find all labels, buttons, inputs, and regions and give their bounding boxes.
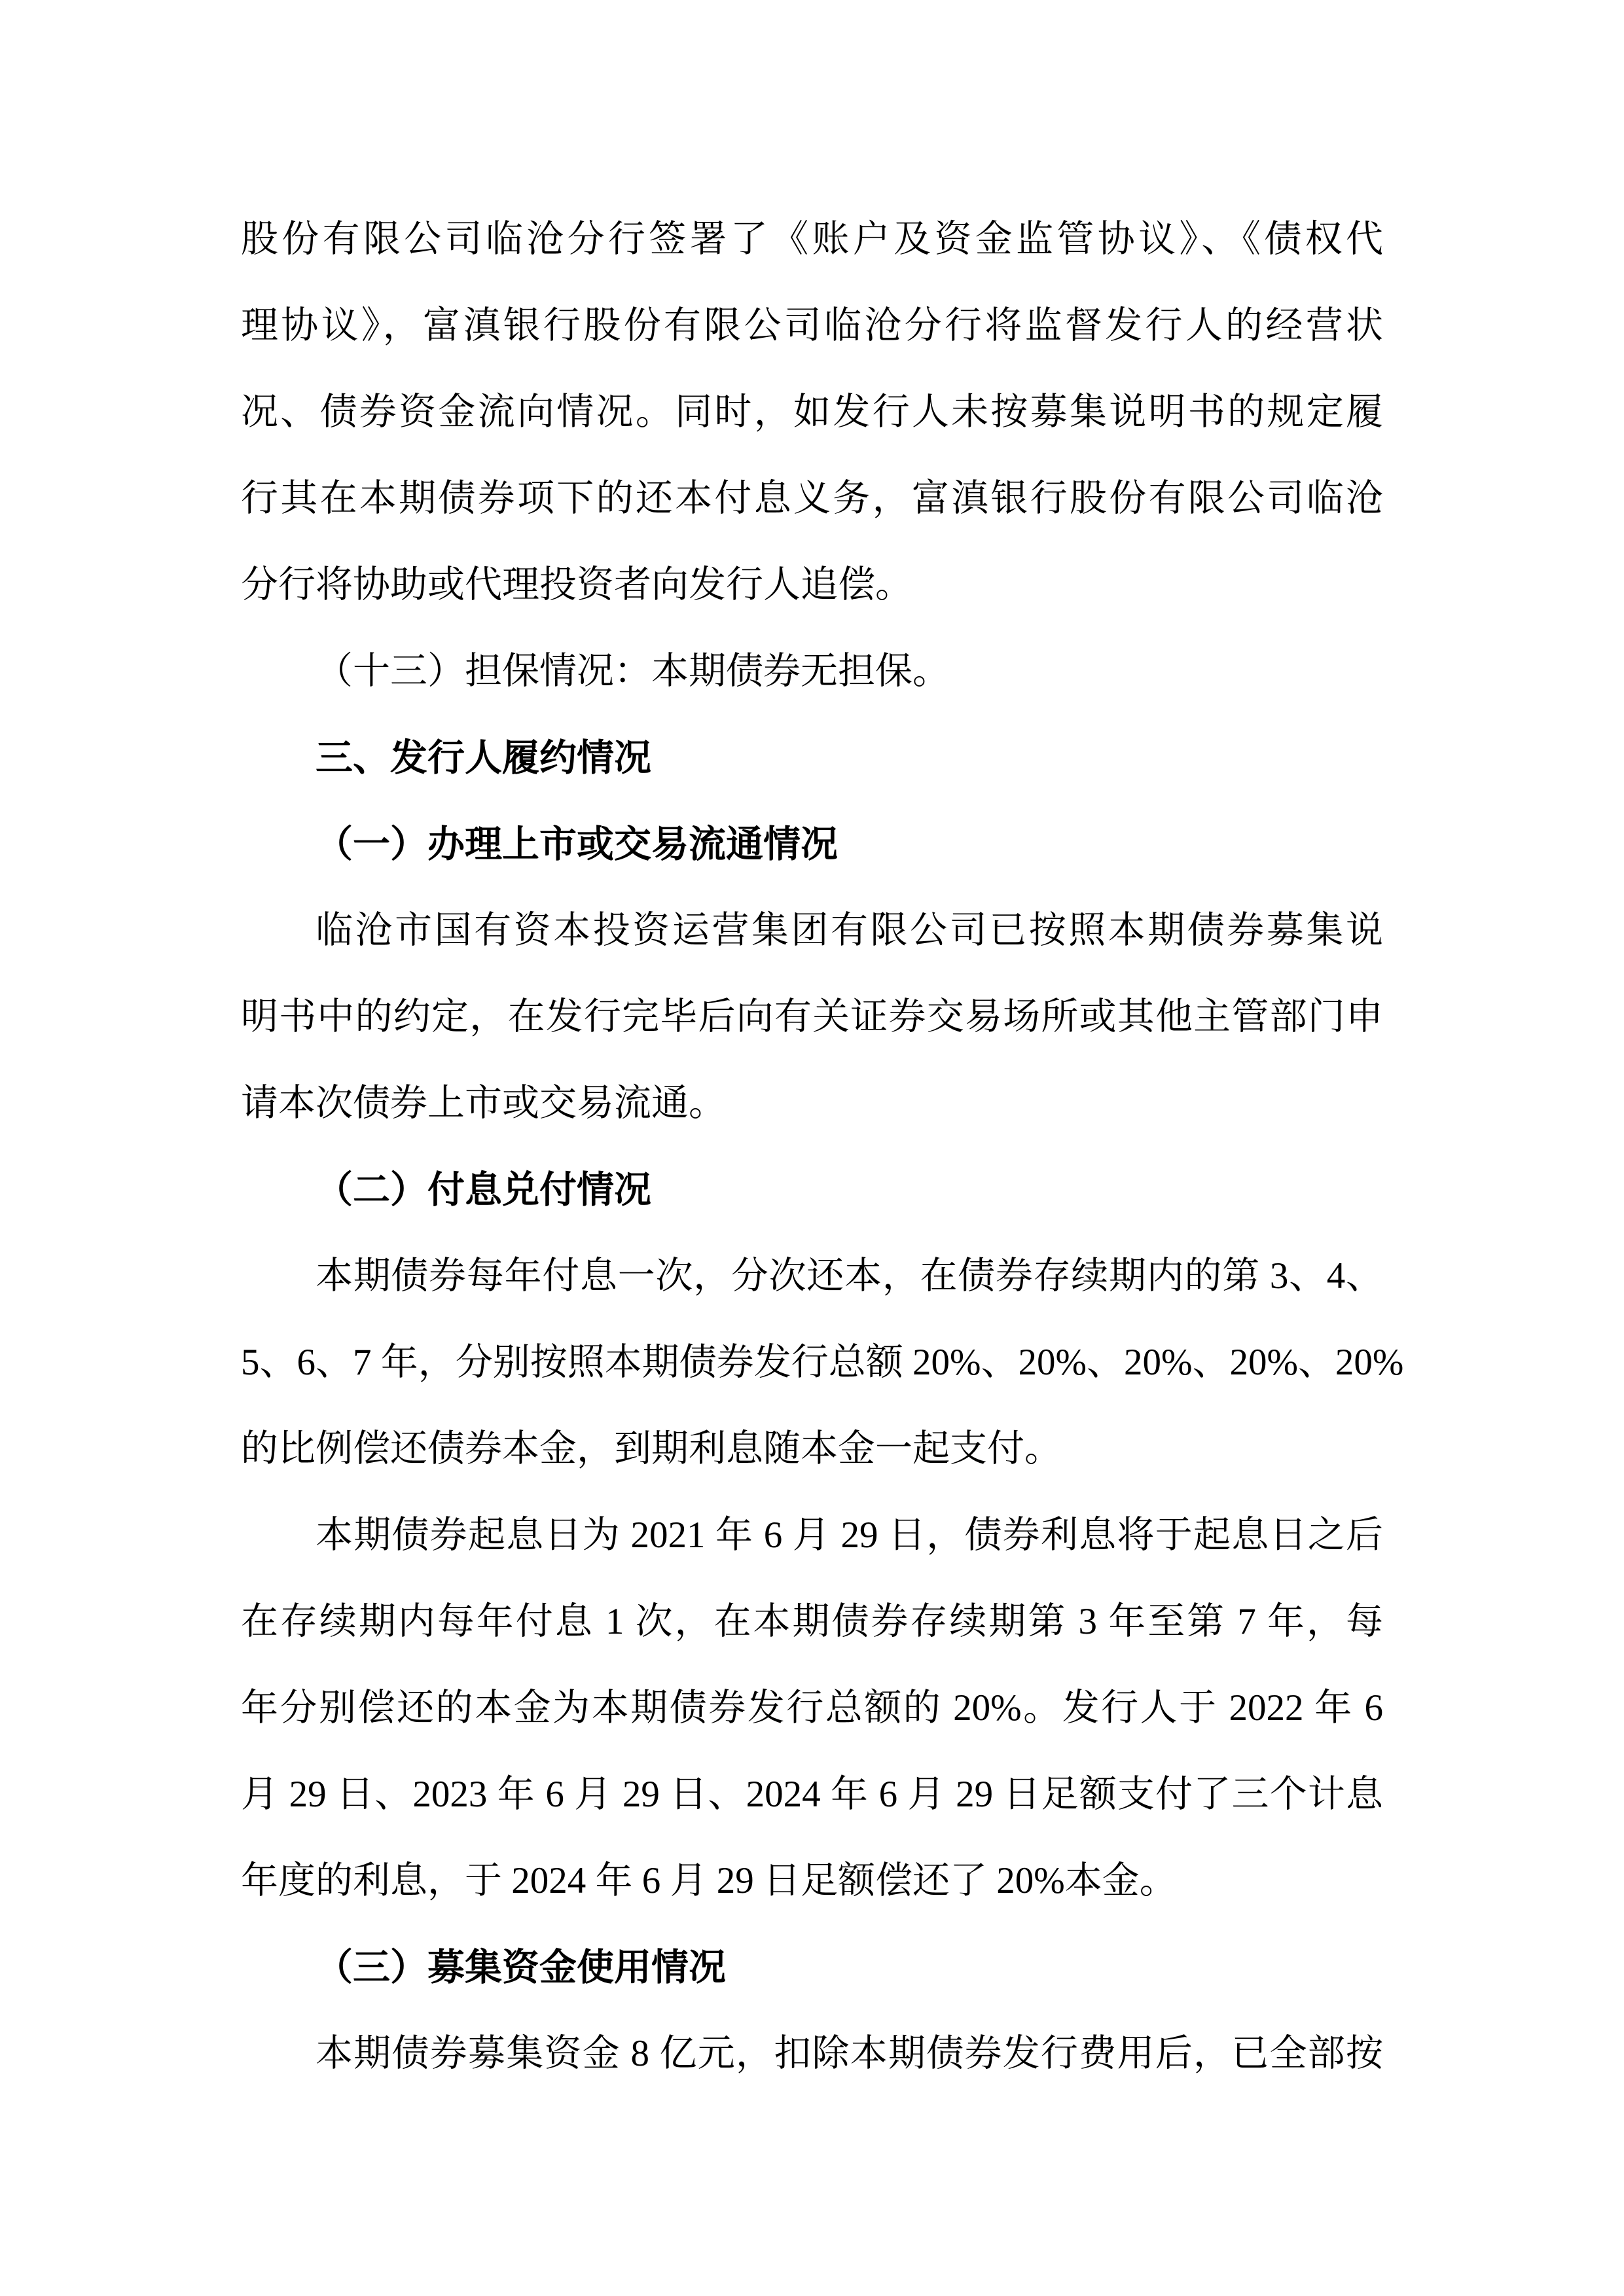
text-line: 况、债券资金流向情况。同时，如发行人未按募集说明书的规定履 [241, 369, 1383, 456]
section-heading: （一）办理上市或交易流通情况 [241, 801, 1383, 888]
text-line: 行其在本期债券项下的还本付息义务，富滇银行股份有限公司临沧 [241, 456, 1383, 542]
paragraph: 本期债券募集资金 8 亿元，扣除本期债券发行费用后，已全部按 [241, 2011, 1383, 2097]
text-line: 股份有限公司临沧分行签署了《账户及资金监管协议》、《债权代 [241, 196, 1383, 283]
text-line: 明书中的约定，在发行完毕后向有关证券交易场所或其他主管部门申 [241, 974, 1383, 1060]
text-line: 理协议》，富滇银行股份有限公司临沧分行将监督发行人的经营状 [241, 283, 1383, 369]
text-line: （一）办理上市或交易流通情况 [241, 801, 1383, 888]
paragraph: 本期债券每年付息一次，分次还本，在债券存续期内的第 3、4、5、6、7 年，分别… [241, 1233, 1383, 1492]
section-heading: （三）募集资金使用情况 [241, 1924, 1383, 2011]
text-line: 分行将协助或代理投资者向发行人追偿。 [241, 542, 1383, 628]
text-line: 在存续期内每年付息 1 次，在本期债券存续期第 3 年至第 7 年，每 [241, 1579, 1383, 1665]
text-line: 年分别偿还的本金为本期债券发行总额的 20%。发行人于 2022 年 6 [241, 1665, 1383, 1751]
text-line: （三）募集资金使用情况 [241, 1924, 1383, 2011]
text-line: 月 29 日、2023 年 6 月 29 日、2024 年 6 月 29 日足额… [241, 1751, 1383, 1838]
text-line: 5、6、7 年，分别按照本期债券发行总额 20%、20%、20%、20%、20% [241, 1319, 1383, 1406]
paragraph: 本期债券起息日为 2021 年 6 月 29 日，债券利息将于起息日之后在存续期… [241, 1492, 1383, 1924]
text-line: （二）付息兑付情况 [241, 1147, 1383, 1233]
section-heading: 三、发行人履约情况 [241, 715, 1383, 801]
text-line: 年度的利息，于 2024 年 6 月 29 日足额偿还了 20%本金。 [241, 1838, 1383, 1924]
text-line: 的比例偿还债券本金，到期利息随本金一起支付。 [241, 1406, 1383, 1492]
document-page: 股份有限公司临沧分行签署了《账户及资金监管协议》、《债权代理协议》，富滇银行股份… [0, 0, 1624, 2296]
text-line: 本期债券每年付息一次，分次还本，在债券存续期内的第 3、4、 [241, 1233, 1383, 1319]
text-line: 本期债券募集资金 8 亿元，扣除本期债券发行费用后，已全部按 [241, 2011, 1383, 2097]
paragraph: 股份有限公司临沧分行签署了《账户及资金监管协议》、《债权代理协议》，富滇银行股份… [241, 196, 1383, 628]
text-line: （十三）担保情况：本期债券无担保。 [241, 628, 1383, 715]
paragraph: 临沧市国有资本投资运营集团有限公司已按照本期债券募集说明书中的约定，在发行完毕后… [241, 888, 1383, 1147]
section-heading: （二）付息兑付情况 [241, 1147, 1383, 1233]
paragraph: （十三）担保情况：本期债券无担保。 [241, 628, 1383, 715]
document-body: 股份有限公司临沧分行签署了《账户及资金监管协议》、《债权代理协议》，富滇银行股份… [241, 196, 1383, 2097]
text-line: 本期债券起息日为 2021 年 6 月 29 日，债券利息将于起息日之后 [241, 1492, 1383, 1579]
text-line: 三、发行人履约情况 [241, 715, 1383, 801]
text-line: 临沧市国有资本投资运营集团有限公司已按照本期债券募集说 [241, 888, 1383, 974]
text-line: 请本次债券上市或交易流通。 [241, 1060, 1383, 1147]
